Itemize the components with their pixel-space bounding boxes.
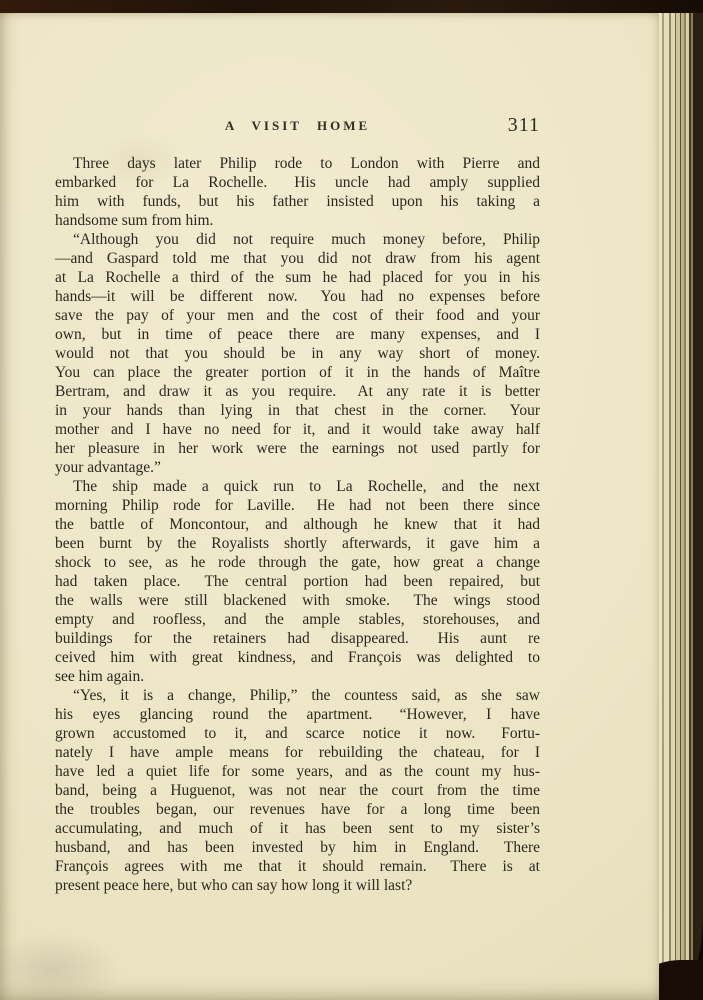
text-line: empty and roofless, and the ample stable… bbox=[55, 610, 540, 629]
scanned-book-photo: A VISIT HOME 311 Three days later Philip… bbox=[0, 0, 703, 1000]
text-line: Three days later Philip rode to London w… bbox=[55, 154, 540, 173]
text-line: “Yes, it is a change, Philip,” the count… bbox=[55, 686, 540, 705]
running-title: A VISIT HOME bbox=[55, 118, 540, 134]
text-line: ceived him with great kindness, and Fran… bbox=[55, 648, 540, 667]
text-line: at La Rochelle a third of the sum he had… bbox=[55, 268, 540, 287]
text-line: “Although you did not require much money… bbox=[55, 230, 540, 249]
page-stack-fore-edge bbox=[656, 13, 703, 1000]
book-page: A VISIT HOME 311 Three days later Philip… bbox=[0, 13, 659, 1000]
text-line: husband, and has been invested by him in… bbox=[55, 838, 540, 857]
text-line: Bertram, and draw it as you require. At … bbox=[55, 382, 540, 401]
page-text: Three days later Philip rode to London w… bbox=[55, 154, 540, 895]
text-line: The ship made a quick run to La Rochelle… bbox=[55, 477, 540, 496]
running-head: A VISIT HOME 311 bbox=[55, 114, 540, 138]
text-line: accumulating, and much of it has been se… bbox=[55, 819, 540, 838]
paragraph: “Yes, it is a change, Philip,” the count… bbox=[55, 686, 540, 895]
text-line: nately I have ample means for rebuilding… bbox=[55, 743, 540, 762]
text-line: in your hands than lying in that chest i… bbox=[55, 401, 540, 420]
text-line: band, being a Huguenot, was not near the… bbox=[55, 781, 540, 800]
text-line: had taken place. The central portion had… bbox=[55, 572, 540, 591]
text-line: her pleasure in her work were the earnin… bbox=[55, 439, 540, 458]
text-line: his eyes glancing round the apartment. “… bbox=[55, 705, 540, 724]
text-line: morning Philip rode for Laville. He had … bbox=[55, 496, 540, 515]
text-line: would not that you should be in any way … bbox=[55, 344, 540, 363]
paragraph: The ship made a quick run to La Rochelle… bbox=[55, 477, 540, 686]
text-line: François agrees with me that it should r… bbox=[55, 857, 540, 876]
text-line: mother and I have no need for it, and it… bbox=[55, 420, 540, 439]
paragraph: Three days later Philip rode to London w… bbox=[55, 154, 540, 230]
text-line: have led a quiet life for some years, an… bbox=[55, 762, 540, 781]
text-line: buildings for the retainers had disappea… bbox=[55, 629, 540, 648]
text-line: him with funds, but his father insisted … bbox=[55, 192, 540, 211]
text-line: own, but in time of peace there are many… bbox=[55, 325, 540, 344]
text-line: grown accustomed to it, and scarce notic… bbox=[55, 724, 540, 743]
text-line: You can place the greater portion of it … bbox=[55, 363, 540, 382]
text-line: the troubles began, our revenues have fo… bbox=[55, 800, 540, 819]
text-line: present peace here, but who can say how … bbox=[55, 876, 540, 895]
text-line: save the pay of your men and the cost of… bbox=[55, 306, 540, 325]
text-line: embarked for La Rochelle. His uncle had … bbox=[55, 173, 540, 192]
text-line: —and Gaspard told me that you did not dr… bbox=[55, 249, 540, 268]
text-line: your advantage.” bbox=[55, 458, 540, 477]
text-line: shock to see, as he rode through the gat… bbox=[55, 553, 540, 572]
paragraph: “Although you did not require much money… bbox=[55, 230, 540, 477]
text-line: handsome sum from him. bbox=[55, 211, 540, 230]
text-line: hands—it will be different now. You had … bbox=[55, 287, 540, 306]
text-line: the battle of Moncontour, and although h… bbox=[55, 515, 540, 534]
text-line: been burnt by the Royalists shortly afte… bbox=[55, 534, 540, 553]
page-number: 311 bbox=[508, 114, 540, 137]
text-line: the walls were still blackened with smok… bbox=[55, 591, 540, 610]
text-line: see him again. bbox=[55, 667, 540, 686]
book-cover-top-edge bbox=[0, 0, 703, 13]
